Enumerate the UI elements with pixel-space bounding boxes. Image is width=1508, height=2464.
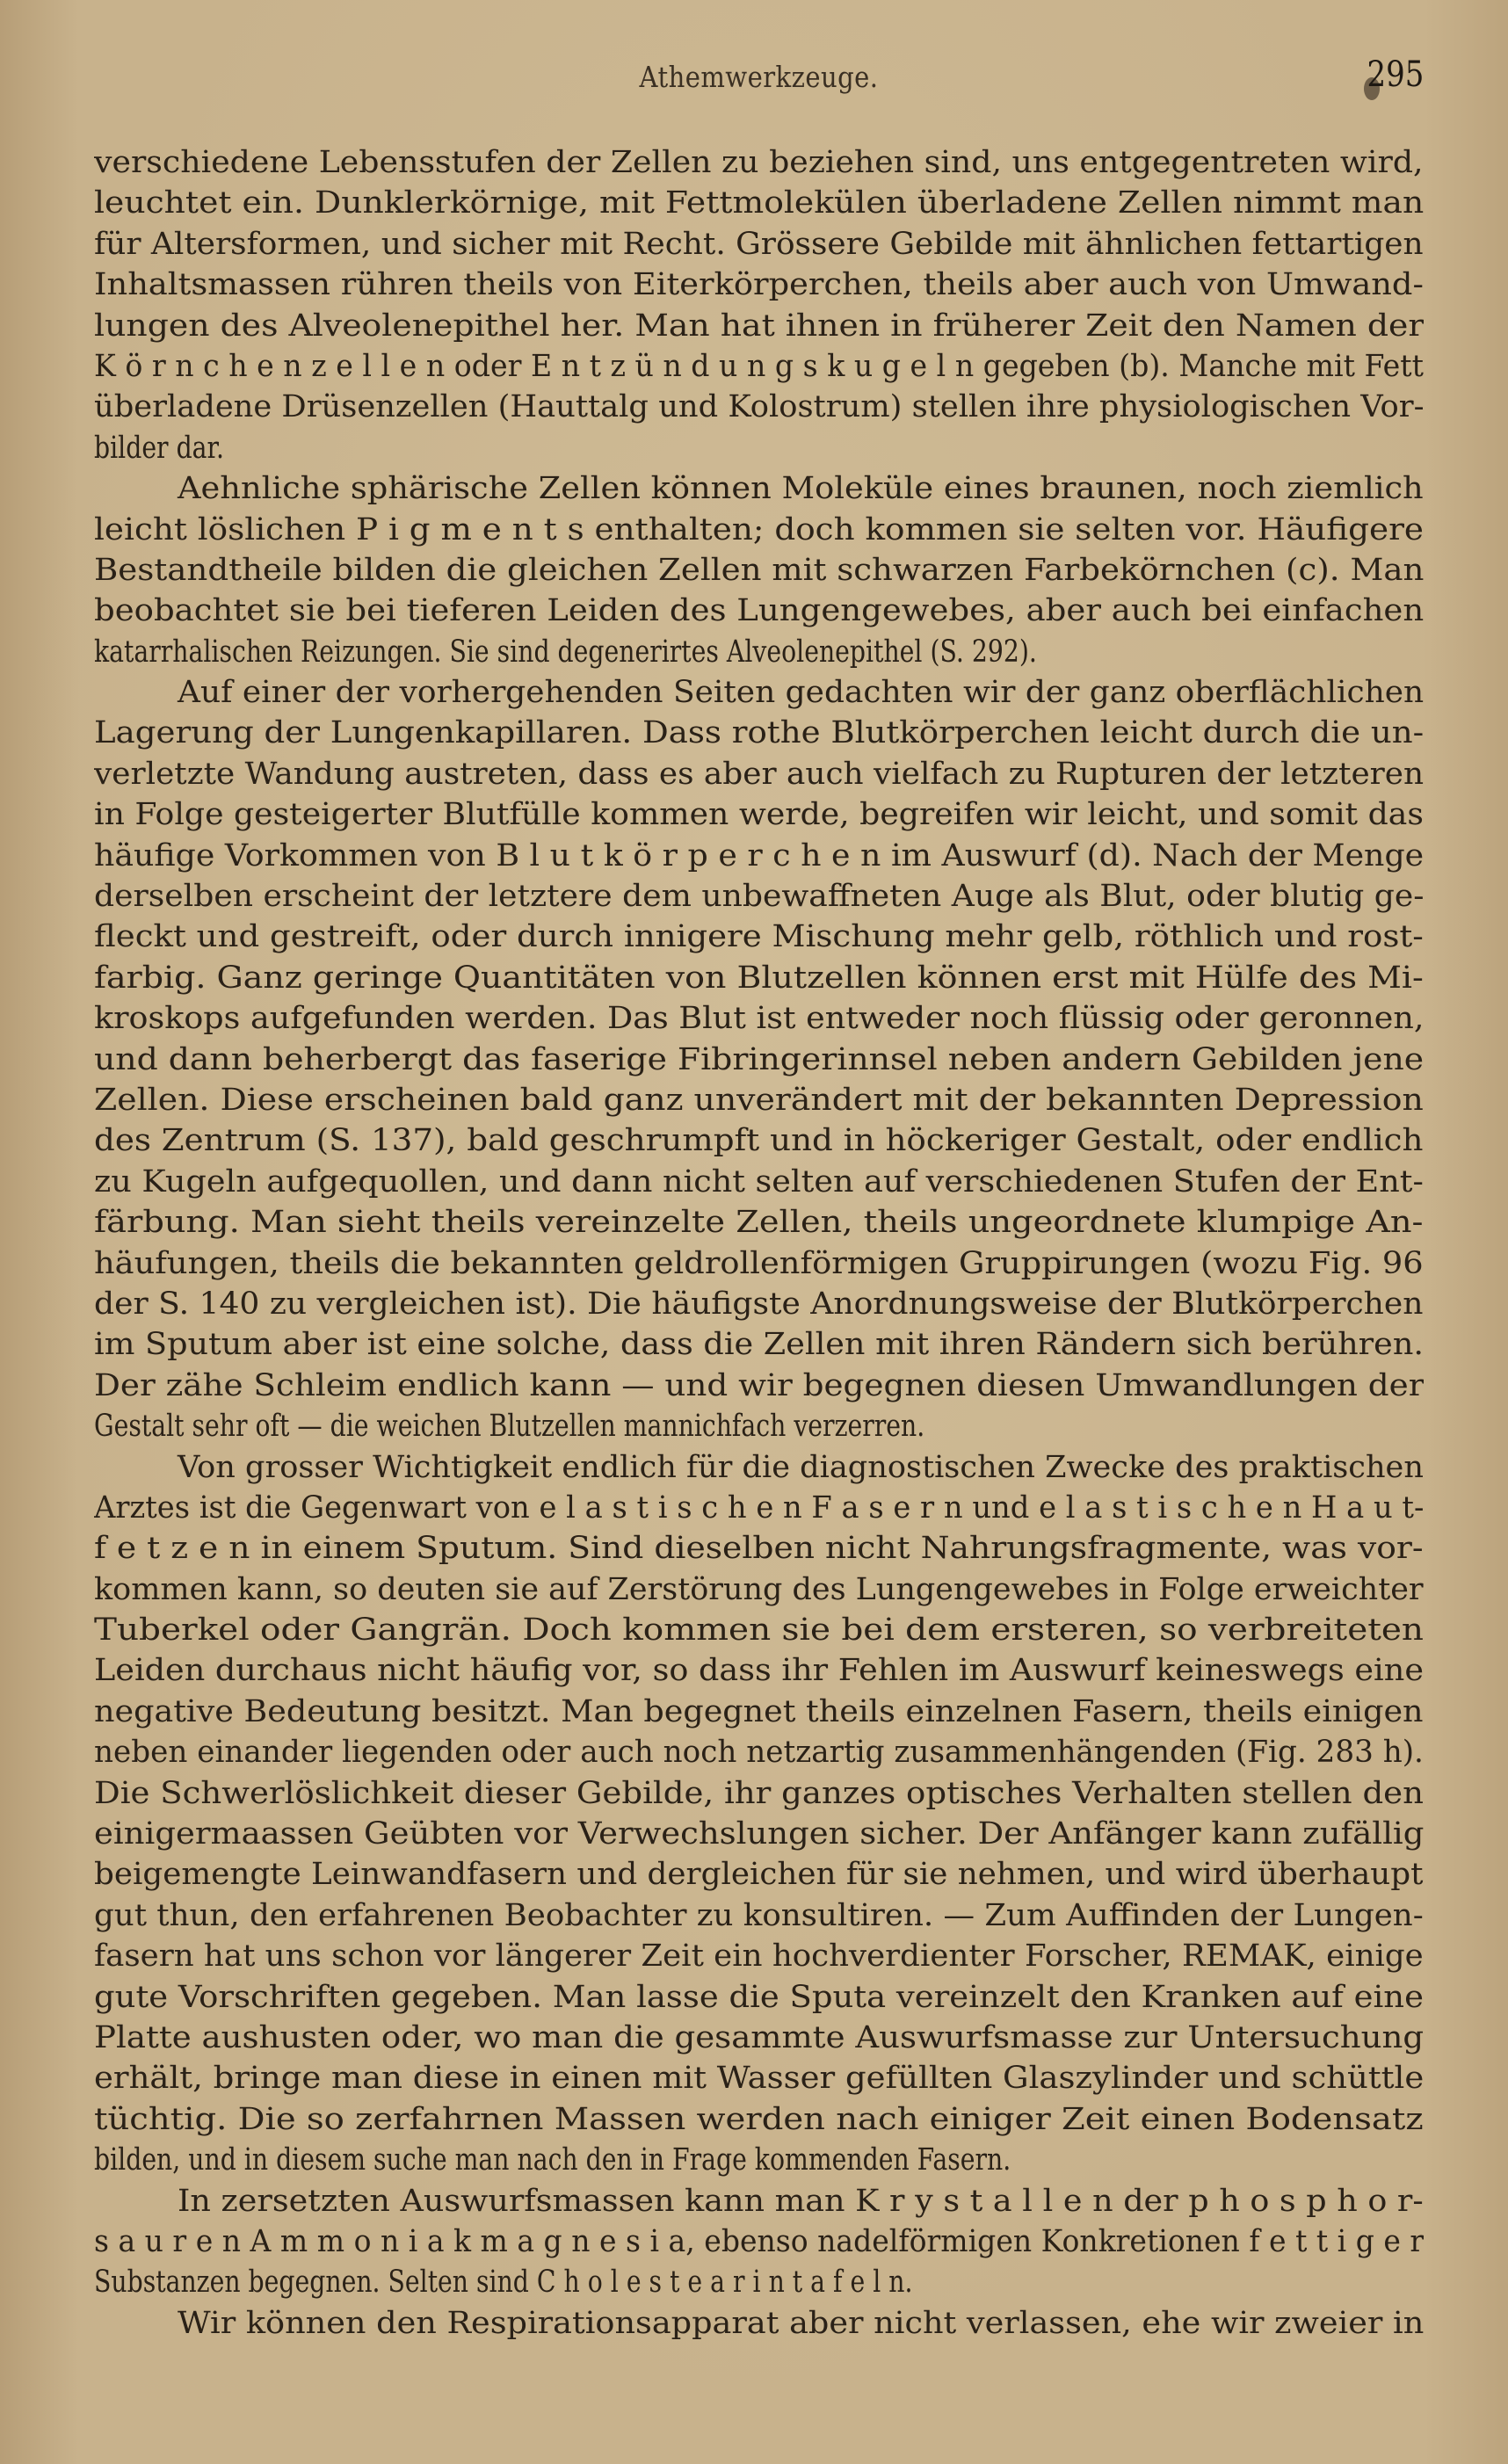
text-line: Bestandtheile bilden die gleichen Zellen… bbox=[94, 550, 1424, 591]
text-line: bilden, und in diesem suche man nach den… bbox=[94, 2140, 1424, 2180]
text-line: im Sputum aber ist eine solche, dass die… bbox=[94, 1324, 1424, 1365]
text-line: fleckt und gestreift, oder durch inniger… bbox=[94, 917, 1424, 957]
text-line: für Altersformen, und sicher mit Recht. … bbox=[94, 224, 1424, 265]
running-title: Athemwerkzeuge. bbox=[174, 60, 1344, 94]
book-page: Athemwerkzeuge. 295 verschiedene Lebenss… bbox=[0, 0, 1508, 2464]
text-line: In zersetzten Auswurfsmassen kann man K … bbox=[94, 2181, 1424, 2221]
text-line: der S. 140 zu vergleichen ist). Die häuf… bbox=[94, 1284, 1424, 1324]
text-line: Auf einer der vorhergehenden Seiten geda… bbox=[94, 672, 1424, 713]
text-line: farbig. Ganz geringe Quantitäten von Blu… bbox=[94, 958, 1424, 998]
text-line: Leiden durchaus nicht häufig vor, so das… bbox=[94, 1650, 1424, 1691]
text-line: lungen des Alveolenepithel her. Man hat … bbox=[94, 306, 1424, 346]
text-line: s a u r e n A m m o n i a k m a g n e s … bbox=[94, 2221, 1424, 2262]
text-line: färbung. Man sieht theils vereinzelte Ze… bbox=[94, 1202, 1424, 1243]
text-line: Zellen. Diese erscheinen bald ganz unver… bbox=[94, 1080, 1424, 1120]
text-line: f e t z e n in einem Sputum. Sind diesel… bbox=[94, 1528, 1424, 1569]
text-line: Platte aushusten oder, wo man die gesamm… bbox=[94, 2018, 1424, 2058]
text-line: häufungen, theils die bekannten geldroll… bbox=[94, 1243, 1424, 1284]
text-line: einigermaassen Geübten vor Verwechslunge… bbox=[94, 1814, 1424, 1854]
text-line: negative Bedeutung besitzt. Man begegnet… bbox=[94, 1692, 1424, 1732]
text-line: Wir können den Respirationsapparat aber … bbox=[94, 2303, 1424, 2344]
text-line: Der zähe Schleim endlich kann — und wir … bbox=[94, 1366, 1424, 1406]
text-line: zu Kugeln aufgequollen, und dann nicht s… bbox=[94, 1162, 1424, 1202]
text-line: und dann beherbergt das faserige Fibring… bbox=[94, 1040, 1424, 1080]
text-line: häufige Vorkommen von B l u t k ö r p e … bbox=[94, 836, 1424, 876]
text-line: kroskops aufgefunden werden. Das Blut is… bbox=[94, 998, 1424, 1039]
text-line: Gestalt sehr oft — die weichen Blutzelle… bbox=[94, 1406, 1424, 1446]
text-line: leuchtet ein. Dunklerkörnige, mit Fettmo… bbox=[94, 183, 1424, 223]
text-line: tüchtig. Die so zerfahrnen Massen werden… bbox=[94, 2099, 1424, 2140]
text-line: in Folge gesteigerter Blutfülle kommen w… bbox=[94, 794, 1424, 835]
text-line: neben einander liegenden oder auch noch … bbox=[94, 1732, 1424, 1772]
text-line: Lagerung der Lungenkapillaren. Dass roth… bbox=[94, 713, 1424, 753]
text-line: Aehnliche sphärische Zellen können Molek… bbox=[94, 468, 1424, 509]
text-line: erhält, bringe man diese in einen mit Wa… bbox=[94, 2058, 1424, 2098]
text-line: derselben erscheint der letztere dem unb… bbox=[94, 876, 1424, 917]
text-line: Arztes ist die Gegenwart von e l a s t i… bbox=[94, 1488, 1424, 1528]
text-line: Tuberkel oder Gangrän. Doch kommen sie b… bbox=[94, 1610, 1424, 1650]
page-number: 295 bbox=[1367, 54, 1424, 95]
text-line: Inhaltsmassen rühren theils von Eiterkör… bbox=[94, 265, 1424, 305]
text-line: K ö r n c h e n z e l l e n oder E n t z… bbox=[94, 346, 1424, 387]
text-line: Von grosser Wichtigkeit endlich für die … bbox=[94, 1447, 1424, 1488]
text-line: katarrhalischen Reizungen. Sie sind dege… bbox=[94, 632, 1424, 672]
text-line: verletzte Wandung austreten, dass es abe… bbox=[94, 754, 1424, 794]
body-text: verschiedene Lebensstufen der Zellen zu … bbox=[94, 142, 1424, 2344]
text-line: Substanzen begegnen. Selten sind C h o l… bbox=[94, 2262, 1424, 2302]
text-line: beigemengte Leinwandfasern und dergleich… bbox=[94, 1854, 1424, 1895]
text-line: bilder dar. bbox=[94, 428, 1424, 468]
text-line: kommen kann, so deuten sie auf Zerstörun… bbox=[94, 1569, 1424, 1610]
text-line: des Zentrum (S. 137), bald geschrumpft u… bbox=[94, 1120, 1424, 1161]
text-line: beobachtet sie bei tieferen Leiden des L… bbox=[94, 591, 1424, 631]
text-line: fasern hat uns schon vor längerer Zeit e… bbox=[94, 1936, 1424, 1976]
text-line: Die Schwerlöslichkeit dieser Gebilde, ih… bbox=[94, 1773, 1424, 1814]
text-line: leicht löslichen P i g m e n t s enthalt… bbox=[94, 510, 1424, 550]
text-line: überladene Drüsenzellen (Hauttalg und Ko… bbox=[94, 387, 1424, 427]
text-line: verschiedene Lebensstufen der Zellen zu … bbox=[94, 142, 1424, 183]
running-head: Athemwerkzeuge. 295 bbox=[94, 54, 1424, 98]
text-line: gut thun, den erfahrenen Beobachter zu k… bbox=[94, 1895, 1424, 1936]
text-line: gute Vorschriften gegeben. Man lasse die… bbox=[94, 1977, 1424, 2018]
